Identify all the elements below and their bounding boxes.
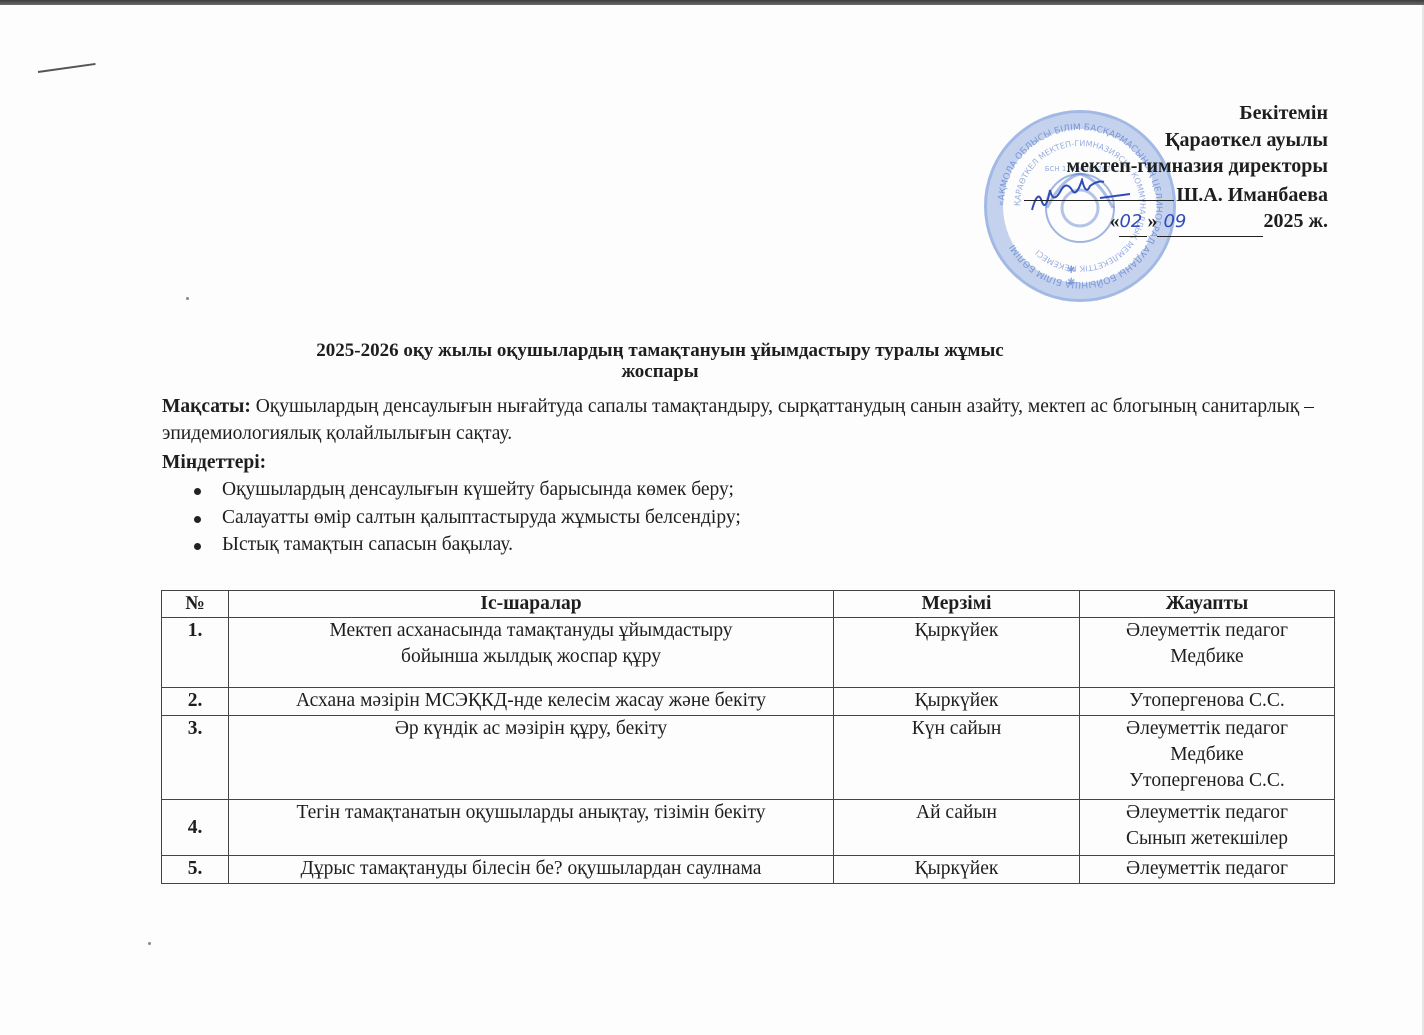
svg-text:✱: ✱	[1067, 277, 1075, 288]
row-term: Қыркүйек	[834, 688, 1080, 716]
task-item: Ыстық тамақтын сапасын бақылау.	[192, 531, 741, 559]
date-day: 02	[1119, 209, 1147, 237]
goal-paragraph: Мақсаты: Оқушылардың денсаулығын нығайту…	[162, 393, 1352, 447]
tasks-label: Міндеттері:	[162, 452, 266, 474]
table-row: 3. Әр күндік ас мәзірін құру, бекіту Күн…	[162, 716, 1335, 800]
col-header-activities: Іс-шаралар	[229, 591, 834, 618]
approval-block: Бекітемін Қараөткел ауылы мектеп-гимнази…	[1024, 100, 1328, 237]
task-item: Оқушылардың денсаулығын күшейту барысынд…	[192, 476, 741, 504]
row-term: Күн сайын	[834, 716, 1080, 800]
date-month: 09	[1157, 209, 1263, 237]
pen-mark	[38, 63, 96, 73]
row-responsible: Әлеуметтік педагог Сынып жетекшілер	[1080, 800, 1335, 856]
row-number: 3.	[162, 716, 229, 800]
goal-text: Оқушылардың денсаулығын нығайтуда сапалы…	[162, 396, 1314, 444]
work-plan-table: № Іс-шаралар Мерзімі Жауапты 1. Мектеп а…	[161, 590, 1335, 884]
svg-text:✱: ✱	[1067, 265, 1075, 276]
approval-heading: Бекітемін	[1024, 100, 1328, 127]
row-number: 5.	[162, 856, 229, 884]
date-year: 2025 ж.	[1263, 210, 1328, 232]
approval-village: Қараөткел ауылы	[1024, 127, 1328, 154]
goal-label: Мақсаты:	[162, 396, 251, 417]
scan-edge-top	[0, 0, 1424, 5]
row-term: Қыркүйек	[834, 618, 1080, 688]
row-number: 4.	[162, 800, 229, 856]
approval-date: «02»092025 ж.	[1024, 208, 1328, 237]
col-header-number: №	[162, 591, 229, 618]
table-row: 2. Асхана мәзірін МСЭҚКД-нде келесім жас…	[162, 688, 1335, 716]
director-name: Ш.А. Иманбаева	[1176, 184, 1328, 206]
row-number: 1.	[162, 618, 229, 688]
row-activity: Әр күндік ас мәзірін құру, бекіту	[229, 716, 834, 800]
row-responsible: Әлеуметтік педагог	[1080, 856, 1335, 884]
row-activity: Мектеп асханасында тамақтануды ұйымдасты…	[229, 618, 834, 688]
scan-speck	[186, 297, 189, 300]
row-responsible: Әлеуметтік педагог Медбике	[1080, 618, 1335, 688]
table-header-row: № Іс-шаралар Мерзімі Жауапты	[162, 591, 1335, 618]
task-item: Салауатты өмір салтын қалыптастыруда жұм…	[192, 504, 741, 532]
scan-speck	[148, 942, 151, 945]
col-header-responsible: Жауапты	[1080, 591, 1335, 618]
row-activity: Тегін тамақтанатын оқушыларды анықтау, т…	[229, 800, 834, 856]
table-row: 5. Дұрыс тамақтануды білесін бе? оқушыла…	[162, 856, 1335, 884]
row-responsible: Әлеуметтік педагог Медбике Утопергенова …	[1080, 716, 1335, 800]
table-row: 4. Тегін тамақтанатын оқушыларды анықтау…	[162, 800, 1335, 856]
document-title: 2025-2026 оқу жылы оқушылардың тамақтану…	[160, 340, 1160, 382]
approval-position: мектеп-гимназия директоры	[1024, 153, 1328, 180]
row-responsible: Утопергенова С.С.	[1080, 688, 1335, 716]
tasks-list: Оқушылардың денсаулығын күшейту барысынд…	[192, 476, 741, 559]
approval-signature-line: Ш.А. Иманбаева	[1024, 180, 1328, 209]
col-header-term: Мерзімі	[834, 591, 1080, 618]
row-term: Қыркүйек	[834, 856, 1080, 884]
row-activity: Асхана мәзірін МСЭҚКД-нде келесім жасау …	[229, 688, 834, 716]
table-row: 1. Мектеп асханасында тамақтануды ұйымда…	[162, 618, 1335, 688]
row-number: 2.	[162, 688, 229, 716]
signature-blank	[1024, 180, 1174, 201]
row-activity: Дұрыс тамақтануды білесін бе? оқушыларда…	[229, 856, 834, 884]
row-term: Ай сайын	[834, 800, 1080, 856]
